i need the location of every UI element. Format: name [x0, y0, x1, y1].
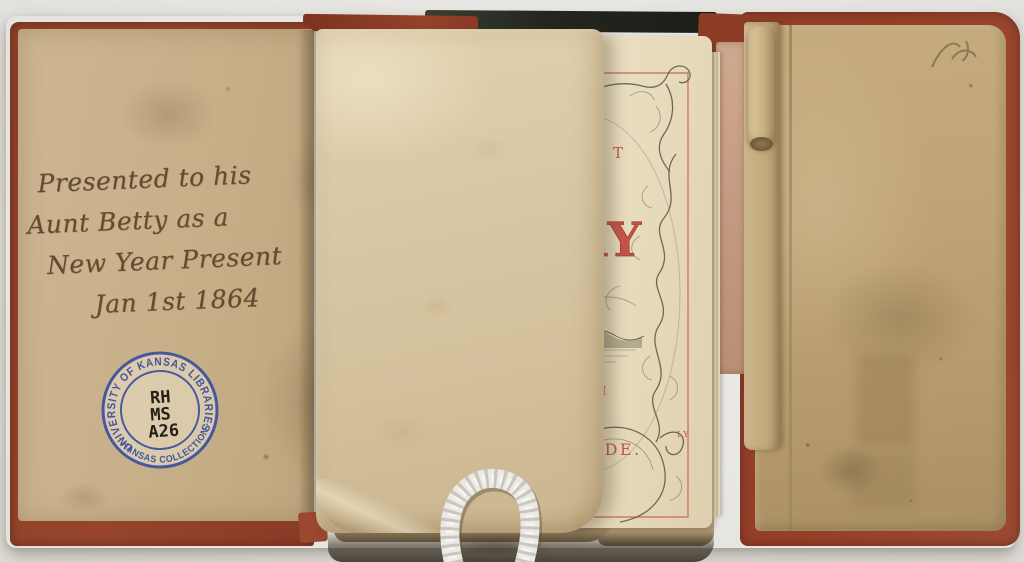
- library-stamp: UNIVERSITY OF KANSAS LIBRARIES · KANSAS …: [86, 336, 233, 483]
- call-number-line: A26: [148, 421, 180, 443]
- stain-imprint: [851, 453, 915, 507]
- title-fragment-small: LY: [677, 430, 690, 440]
- pencil-mark: [922, 31, 992, 77]
- inside-front-cover: Presented to his Aunt Betty as a New Yea…: [10, 22, 314, 546]
- photo-of-open-diary: Presented to his Aunt Betty as a New Yea…: [0, 0, 1024, 562]
- front-pastedown: Presented to his Aunt Betty as a New Yea…: [18, 29, 314, 521]
- inside-back-cover: [740, 12, 1020, 546]
- stain-imprint: [857, 355, 915, 447]
- inscription-line: Jan 1st 1864: [94, 275, 308, 325]
- cord-loop: [430, 464, 558, 562]
- flyleaf-page: [316, 29, 604, 533]
- back-cover-suede: [755, 25, 1006, 531]
- gift-inscription: Presented to his Aunt Betty as a New Yea…: [23, 152, 308, 327]
- paper-roll: [748, 26, 775, 148]
